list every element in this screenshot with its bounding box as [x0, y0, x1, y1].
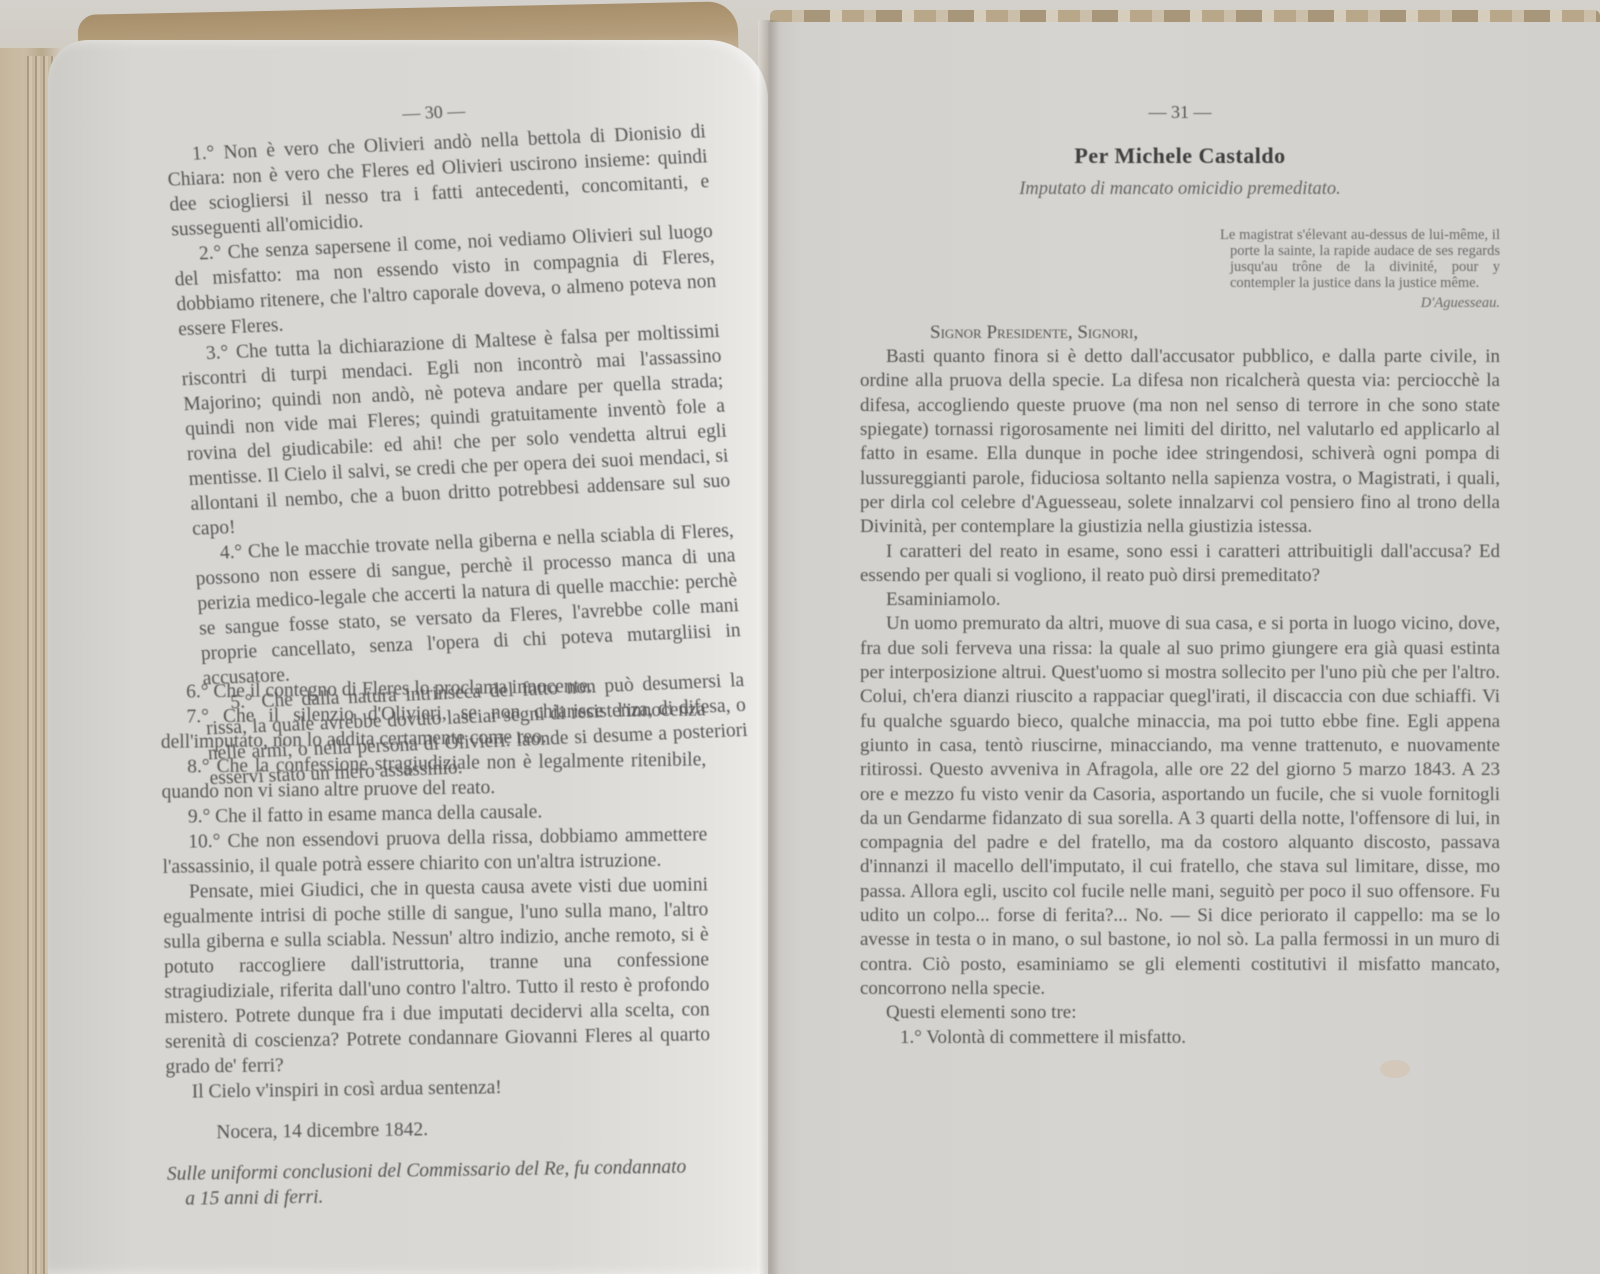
- salutation: Signor Presidente, Signori,: [860, 321, 1500, 345]
- chapter-title: Per Michele Castaldo: [860, 144, 1500, 168]
- paragraph: Basti quanto finora si è detto dall'accu…: [860, 345, 1500, 539]
- right-page: — 31 — Per Michele Castaldo Imputato di …: [768, 22, 1600, 1274]
- right-page-text: — 31 — Per Michele Castaldo Imputato di …: [860, 100, 1500, 1050]
- paragraph: Esaminiamolo.: [860, 588, 1500, 612]
- paragraph: 3.° Che tutta la dichiarazione di Maltes…: [179, 319, 733, 542]
- right-page-number: — 31 —: [860, 100, 1500, 124]
- paragraph: 4.° Che le macchie trovate nella giberna…: [193, 518, 743, 691]
- paragraph: 8.° Che la confessione stragiudiziale no…: [161, 747, 707, 805]
- epigraph-attribution: D'Aguesseau.: [1220, 295, 1500, 311]
- left-page: — 30 — 1.° Non è vero che Olivieri andò …: [48, 40, 768, 1274]
- epigraph-text: Le magistrat s'élevant au-dessus de lui-…: [1220, 227, 1500, 291]
- paper-stain: [1380, 1060, 1410, 1078]
- place-date: Nocera, 14 dicembre 1842.: [166, 1113, 711, 1146]
- paragraph: I caratteri del reato in esame, sono ess…: [860, 540, 1500, 589]
- paragraph: 10.° Che non essendovi pruova della riss…: [162, 822, 708, 880]
- chapter-subtitle: Imputato di mancato omicidio premeditato…: [860, 177, 1500, 201]
- book-spine-gutter: [758, 20, 780, 1274]
- epigraph: Le magistrat s'élevant au-dessus de lui-…: [1220, 227, 1500, 311]
- enumerated-element: 1.° Volontà di commettere il misfatto.: [860, 1026, 1500, 1050]
- paragraph: Questi elementi sono tre:: [860, 1001, 1500, 1025]
- paragraph: 7.° Che il silenzio d'Olivieri, se non c…: [160, 697, 706, 755]
- paragraph: Un uomo premurato da altri, muove di sua…: [860, 612, 1500, 1001]
- left-page-lower-text: 6.° Che il contegno di Fleres lo proclam…: [160, 672, 712, 1212]
- paragraph: Pensate, miei Giudici, che in questa cau…: [163, 872, 711, 1080]
